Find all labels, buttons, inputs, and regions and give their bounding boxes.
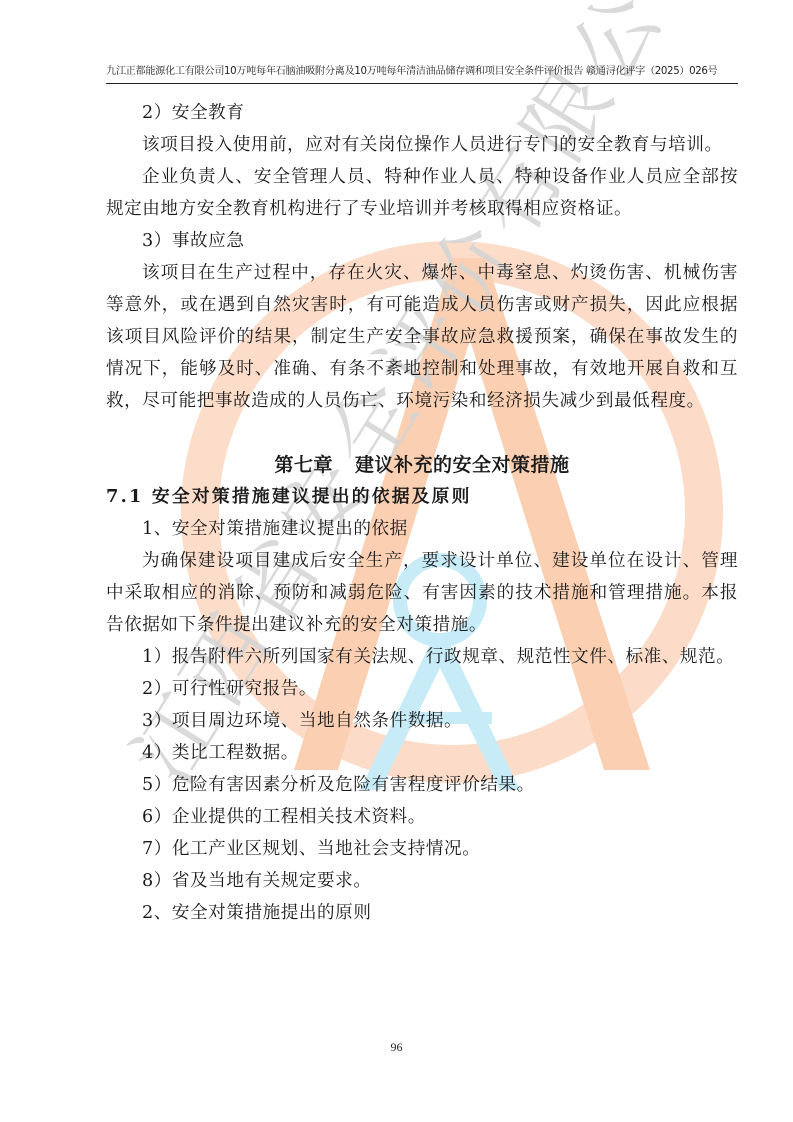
subheading-principles: 2、安全对策措施提出的原则: [106, 897, 738, 929]
subheading-safety-education: 2）安全教育: [106, 97, 738, 129]
subheading-emergency: 3）事故应急: [106, 225, 738, 257]
section-title: 7.1 安全对策措施建议提出的依据及原则: [106, 481, 738, 513]
chapter-number: 第七章: [274, 454, 333, 476]
chapter-name: 建议补充的安全对策措施: [355, 454, 570, 476]
paragraph-emergency: 该项目在生产过程中，存在火灾、爆炸、中毒窒息、灼烫伤害、机械伤害等意外，或在遇到…: [106, 257, 738, 417]
basis-item: 3）项目周边环境、当地自然条件数据。: [106, 705, 738, 737]
paragraph-safety-education-1: 该项目投入使用前，应对有关岗位操作人员进行专门的安全教育与培训。: [106, 129, 738, 161]
basis-item: 7）化工产业区规划、当地社会支持情况。: [106, 833, 738, 865]
basis-list: 1）报告附件六所列国家有关法规、行政规章、规范性文件、标准、规范。 2）可行性研…: [106, 641, 738, 897]
paragraph-basis: 为确保建设项目建成后安全生产，要求设计单位、建设单位在设计、管理中采取相应的消除…: [106, 545, 738, 641]
page-number: 96: [0, 1040, 793, 1055]
basis-item: 1）报告附件六所列国家有关法规、行政规章、规范性文件、标准、规范。: [106, 641, 738, 673]
subheading-basis: 1、安全对策措施建议提出的依据: [106, 513, 738, 545]
basis-item: 4）类比工程数据。: [106, 737, 738, 769]
basis-item: 8）省及当地有关规定要求。: [106, 865, 738, 897]
paragraph-safety-education-2: 企业负责人、安全管理人员、特种作业人员、特种设备作业人员应全部按规定由地方安全教…: [106, 161, 738, 225]
page-header: 九江正都能源化工有限公司10万吨每年石脑油吸附分离及10万吨每年清洁油品储存调和…: [106, 63, 738, 84]
basis-item: 5）危险有害因素分析及危险有害程度评价结果。: [106, 769, 738, 801]
basis-item: 6）企业提供的工程相关技术资料。: [106, 801, 738, 833]
document-body: 2）安全教育 该项目投入使用前，应对有关岗位操作人员进行专门的安全教育与培训。 …: [106, 97, 738, 929]
basis-item: 2）可行性研究报告。: [106, 673, 738, 705]
chapter-title: 第七章建议补充的安全对策措施: [106, 417, 738, 481]
